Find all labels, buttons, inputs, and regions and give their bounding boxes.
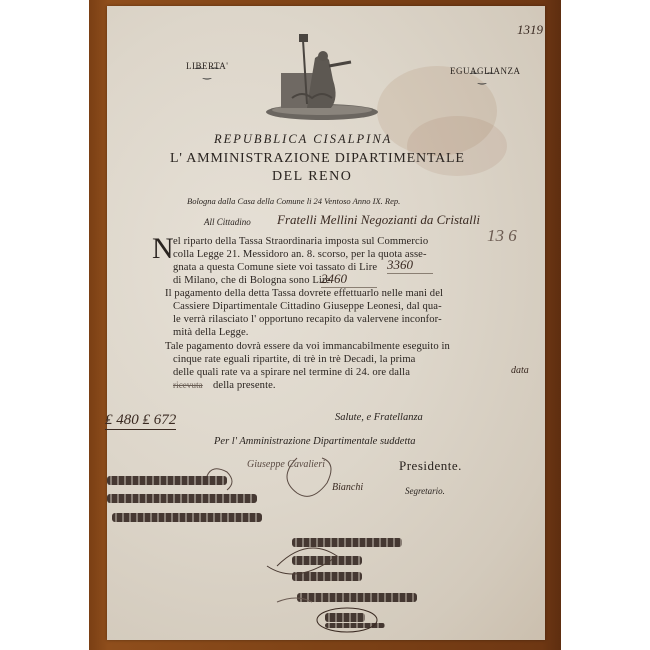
- handwriting-flourish-icon: [257, 526, 457, 636]
- document-number: 1319: [517, 22, 543, 38]
- body-line-7: le verrà rilasciato l' opportuno recapit…: [173, 314, 442, 325]
- republic-heading: REPUBBLICA CISALPINA: [214, 132, 392, 147]
- body-line-4: di Milano, che di Bologna sono Lire: [173, 275, 330, 286]
- struck-word: ricevuta: [173, 380, 203, 390]
- liberty-emblem-icon: [257, 28, 387, 123]
- body-line-5: Il pagamento della detta Tassa dovrete e…: [165, 288, 443, 299]
- addressee-label: All Cittadino: [204, 217, 251, 227]
- authority-heading: L' AMMINISTRAZIONE DIPARTIMENTALE: [170, 151, 465, 167]
- struck-handwriting-line: [107, 476, 227, 485]
- place-date-line: Bologna dalla Casa della Comune li 24 Ve…: [187, 196, 400, 206]
- body-line-1: el riparto della Tassa Straordinaria imp…: [173, 236, 428, 247]
- secretary-label: Segretario.: [405, 486, 445, 496]
- signatory-line: Per l' Amministrazione Dipartimentale su…: [214, 436, 416, 447]
- paper-stain: [407, 116, 507, 176]
- margin-note-left: ₤ 480 ₤ 672: [105, 412, 176, 430]
- secretary-signature: Bianchi: [332, 482, 363, 493]
- addressee-handwritten: Fratelli Mellini Negozianti da Cristalli: [277, 212, 480, 228]
- body-line-6: Cassiere Dipartimentale Cittadino Giusep…: [173, 301, 442, 312]
- closing-salutation: Salute, e Fratellanza: [335, 412, 423, 423]
- body-line-11: delle quali rate va a spirare nel termin…: [173, 367, 410, 378]
- margin-note-top: 13 6: [487, 226, 517, 246]
- struck-handwriting-line: [112, 513, 262, 522]
- body-line-8: mità della Legge.: [173, 327, 249, 338]
- body-dropcap: N: [152, 234, 174, 264]
- handwritten-data: data: [511, 365, 529, 376]
- president-label: Presidente.: [399, 458, 462, 474]
- body-line-12: della presente.: [213, 380, 276, 391]
- ornament-swash-left: ⁀‿⁀: [195, 69, 219, 80]
- amount-milan-lire: 3360: [387, 257, 433, 274]
- body-line-10: cinque rate eguali ripartite, di trè in …: [173, 354, 416, 365]
- authority-subheading: DEL RENO: [272, 169, 352, 185]
- struck-handwriting-line: [107, 494, 257, 503]
- tax-notice-document: 1319 LIBERTA' ⁀‿⁀ EGUAGLIANZA ⁀‿⁀ REPUBB…: [107, 6, 545, 640]
- body-line-9: Tale pagamento dovrà essere da voi imman…: [165, 341, 450, 352]
- ornament-swash-right: ⁀‿⁀: [470, 74, 494, 85]
- amount-bologna-lire: 2460: [321, 271, 377, 288]
